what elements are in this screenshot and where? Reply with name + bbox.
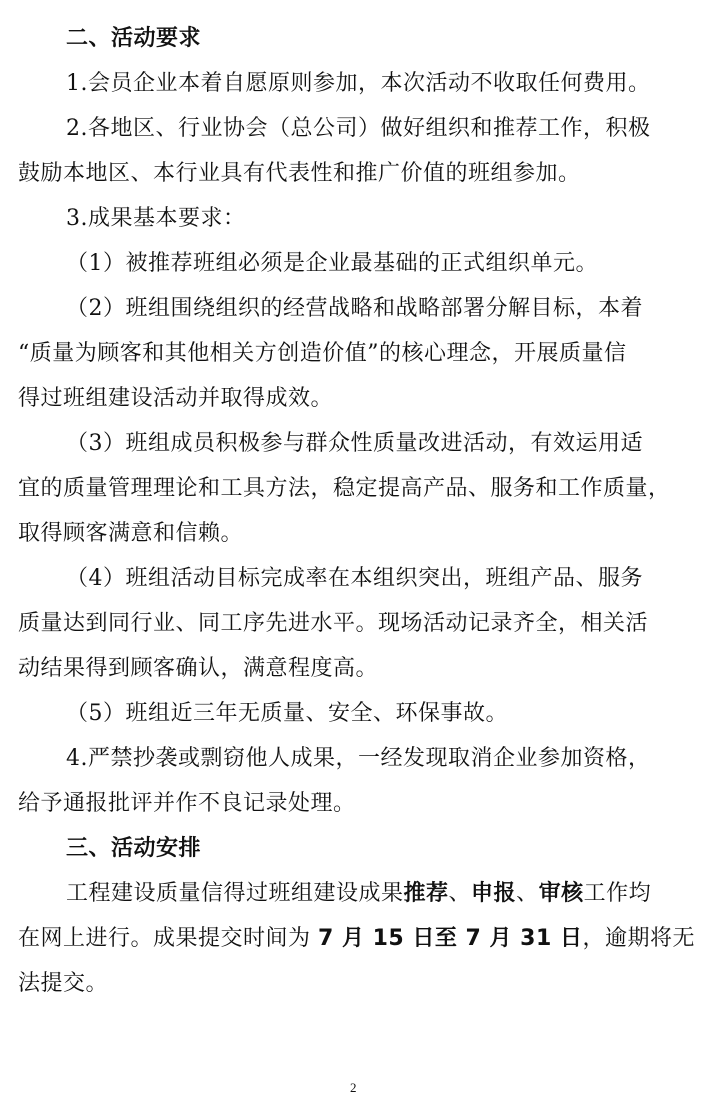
arrangement-paragraph-line-1: 工程建设质量信得过班组建设成果推荐、申报、审核工作均: [66, 879, 651, 909]
section-heading-arrangement: 三、活动安排: [66, 834, 201, 864]
paragraph-item-3: 3.成果基本要求：: [66, 204, 246, 234]
paragraph-item-2-line-1: 2.各地区、行业协会（总公司）做好组织和推荐工作，积极: [66, 114, 651, 144]
arrangement-paragraph-line-3: 法提交。: [18, 969, 108, 999]
bold-recommend: 推荐: [404, 881, 449, 906]
text-prefix: 在网上进行。成果提交时间为: [18, 926, 318, 951]
text-suffix: ，逾期将无: [582, 926, 695, 951]
sub-item-3-line-1: （3）班组成员积极参与群众性质量改进活动，有效运用适: [66, 429, 643, 459]
sub-item-3-line-3: 取得顾客满意和信赖。: [18, 519, 243, 549]
sub-item-4-line-3: 动结果得到顾客确认，满意程度高。: [18, 654, 378, 684]
paragraph-item-4-line-2: 给予通报批评并作不良记录处理。: [18, 789, 356, 819]
bold-apply: 申报: [471, 881, 516, 906]
sub-item-2-line-2: “质量为顾客和其他相关方创造价值”的核心理念，开展质量信: [18, 339, 627, 369]
sub-item-2-line-1: （2）班组围绕组织的经营战略和战略部署分解目标，本着: [66, 294, 643, 324]
sub-item-1: （1）被推荐班组必须是企业最基础的正式组织单元。: [66, 249, 598, 279]
section-heading-requirements: 二、活动要求: [66, 24, 201, 54]
separator: 、: [449, 881, 472, 906]
sub-item-5: （5）班组近三年无质量、安全、环保事故。: [66, 699, 508, 729]
bold-review: 审核: [539, 881, 584, 906]
sub-item-4-line-2: 质量达到同行业、同工序先进水平。现场活动记录齐全，相关活: [18, 609, 648, 639]
sub-item-2-line-3: 得过班组建设活动并取得成效。: [18, 384, 333, 414]
sub-item-4-line-1: （4）班组活动目标完成率在本组织突出，班组产品、服务: [66, 564, 643, 594]
text-suffix: 工作均: [584, 881, 652, 906]
paragraph-item-4-line-1: 4.严禁抄袭或剽窃他人成果，一经发现取消企业参加资格，: [66, 744, 651, 774]
sub-item-3-line-2: 宜的质量管理理论和工具方法，稳定提高产品、服务和工作质量，: [18, 474, 671, 504]
document-page: 二、活动要求 1.会员企业本着自愿原则参加，本次活动不收取任何费用。 2.各地区…: [0, 0, 714, 1108]
arrangement-paragraph-line-2: 在网上进行。成果提交时间为 7 月 15 日至 7 月 31 日，逾期将无: [18, 924, 695, 954]
paragraph-item-2-line-2: 鼓励本地区、本行业具有代表性和推广价值的班组参加。: [18, 159, 581, 189]
submission-dates: 7 月 15 日至 7 月 31 日: [318, 926, 582, 951]
text-prefix: 工程建设质量信得过班组建设成果: [66, 881, 404, 906]
page-number: 2: [350, 1080, 357, 1096]
separator: 、: [516, 881, 539, 906]
paragraph-item-1: 1.会员企业本着自愿原则参加，本次活动不收取任何费用。: [66, 69, 651, 99]
